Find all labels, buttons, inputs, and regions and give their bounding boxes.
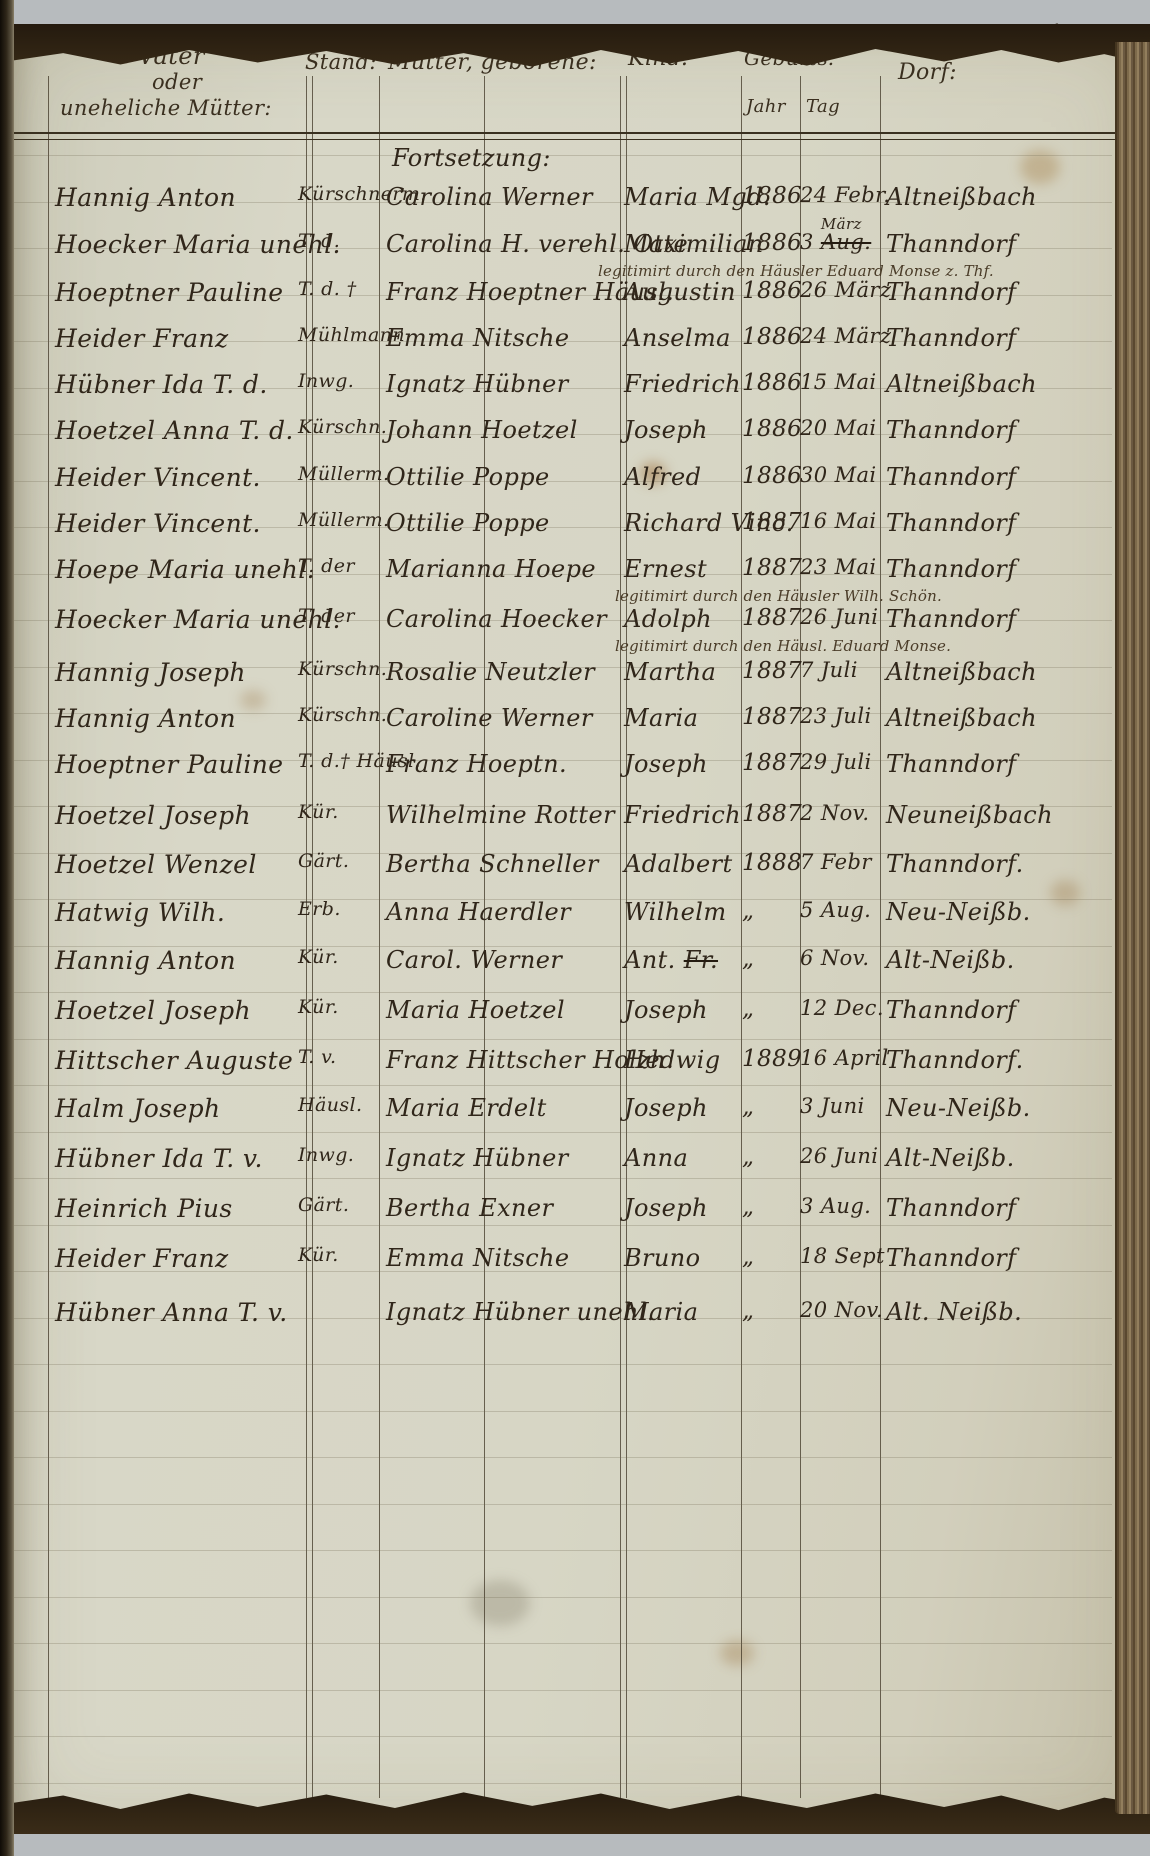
entry-village: Altneißbach xyxy=(886,185,1037,209)
book-binding xyxy=(0,0,14,1856)
entry-day: 23 Mai xyxy=(800,557,877,578)
entry-stand: Kürschn. xyxy=(298,706,387,725)
day-correction: MärzAug. xyxy=(821,232,871,253)
entry-stand: Erb. xyxy=(298,900,341,919)
entry-village: Alt-Neißb. xyxy=(886,948,1015,972)
entry-village: Thanndorf xyxy=(886,511,1016,535)
corrected-month: März xyxy=(821,217,862,232)
entry-stand: T. d. xyxy=(298,232,340,251)
struck-month: Aug. xyxy=(821,230,871,254)
entry-year: „ xyxy=(742,1300,754,1323)
scanned-register-page: Vater oder uneheliche Mütter: Stand: Mut… xyxy=(0,0,1150,1856)
ruled-line xyxy=(12,992,1112,993)
entry-day: 30 Mai xyxy=(800,465,877,486)
entry-year: „ xyxy=(742,900,754,923)
smudge-stain xyxy=(470,1580,530,1626)
entry-father: Hübner Ida T. v. xyxy=(55,1146,263,1171)
entry-year: „ xyxy=(742,1146,754,1169)
entry-year: 1887 xyxy=(742,511,802,534)
entry-day: 24 Febr. xyxy=(800,185,890,206)
entry-day: 3 MärzAug. xyxy=(800,232,871,253)
entry-child: Joseph xyxy=(624,1096,708,1120)
ruled-line xyxy=(12,1085,1112,1086)
entry-village: Thanndorf xyxy=(886,326,1016,350)
entry-year: „ xyxy=(742,1196,754,1219)
entry-mother: Bertha Schneller xyxy=(386,852,599,876)
entry-father: Hoeptner Pauline xyxy=(55,752,283,777)
entry-day: 20 Mai xyxy=(800,418,877,439)
entry-day: 2 Nov. xyxy=(800,803,870,824)
entry-mother: Ignatz Hübner xyxy=(386,1146,569,1170)
entry-stand: Müllerm. xyxy=(298,511,389,530)
entry-year: 1887 xyxy=(742,660,802,683)
entry-village: Neu-Neißb. xyxy=(886,1096,1031,1120)
header-father-line3: uneheliche Mütter: xyxy=(60,98,272,119)
entry-stand: T. der xyxy=(298,607,355,626)
entry-father: Hübner Ida T. d. xyxy=(55,372,268,397)
header-separator-line xyxy=(10,139,1116,140)
column-line xyxy=(48,76,49,1798)
entry-father: Hannig Anton xyxy=(55,185,236,210)
entry-stand: T. der xyxy=(298,557,355,576)
entry-day: 26 März xyxy=(800,280,891,301)
entry-mother: Emma Nitsche xyxy=(386,326,570,350)
header-birth-day: Tag xyxy=(806,98,840,116)
entry-village: Neuneißbach xyxy=(886,803,1053,827)
entry-child: Ant. Fr. xyxy=(624,948,718,972)
entry-village: Thanndorf xyxy=(886,1246,1016,1270)
entry-village: Thanndorf xyxy=(886,232,1016,256)
entry-day: 15 Mai xyxy=(800,372,877,393)
legitimization-annotation: legitimirt durch den Häusler Wilh. Schön… xyxy=(615,589,942,604)
entry-child: Wilhelm xyxy=(624,900,727,924)
entry-father: Hoetzel Joseph xyxy=(55,803,251,828)
entry-year: 1887 xyxy=(742,706,802,729)
entry-father: Hannig Anton xyxy=(55,706,236,731)
entry-stand: Kür. xyxy=(298,998,339,1017)
entry-stand: T. d. † xyxy=(298,280,357,299)
entry-year: 1886 xyxy=(742,326,802,349)
entry-day: 3 Aug. xyxy=(800,1196,871,1217)
entry-day: 29 Juli xyxy=(800,752,872,773)
entry-year: 1886 xyxy=(742,372,802,395)
entry-child: Friedrich xyxy=(624,372,741,396)
entry-stand: T. v. xyxy=(298,1048,336,1067)
entry-mother: Maria Hoetzel xyxy=(386,998,565,1022)
entry-year: 1886 xyxy=(742,418,802,441)
entry-year: „ xyxy=(742,948,754,971)
legitimization-annotation: legitimirt durch den Häusler Eduard Mons… xyxy=(598,264,994,279)
ruled-line xyxy=(12,1225,1112,1226)
entry-village: Thanndorf xyxy=(886,607,1016,631)
ruled-line xyxy=(12,1504,1112,1505)
entry-child: Joseph xyxy=(624,752,708,776)
entry-year: 1886 xyxy=(742,280,802,303)
entry-stand: Kürschn. xyxy=(298,660,387,679)
entry-child: Augustin xyxy=(624,280,736,304)
entry-child: Bruno xyxy=(624,1246,700,1270)
header-birth-year: Jahr xyxy=(746,98,786,116)
entry-stand: Gärt. xyxy=(298,1196,349,1215)
entry-father: Hannig Joseph xyxy=(55,660,246,685)
entry-child: Friedrich xyxy=(624,803,741,827)
entry-father: Hoetzel Joseph xyxy=(55,998,251,1023)
entry-year: 1889 xyxy=(742,1048,802,1071)
foxing-stain xyxy=(240,690,266,710)
entry-child: Joseph xyxy=(624,998,708,1022)
entry-village: Alt-Neißb. xyxy=(886,1146,1015,1170)
entry-father: Heider Franz xyxy=(55,326,229,351)
entry-mother: Marianna Hoepe xyxy=(386,557,596,581)
entry-mother: Emma Nitsche xyxy=(386,1246,570,1270)
entry-father: Hatwig Wilh. xyxy=(55,900,225,925)
entry-day: 20 Nov. xyxy=(800,1300,883,1321)
entry-father: Hoetzel Wenzel xyxy=(55,852,257,877)
entry-village: Thanndorf. xyxy=(886,1048,1024,1072)
entry-child: Anna xyxy=(624,1146,688,1170)
entry-father: Hittscher Auguste xyxy=(55,1048,293,1073)
entry-year: 1887 xyxy=(742,557,802,580)
ruled-line xyxy=(12,1364,1112,1365)
entry-mother: Carol. Werner xyxy=(386,948,562,972)
entry-child: Hedwig xyxy=(624,1048,720,1072)
entry-child: Joseph xyxy=(624,1196,708,1220)
legitimization-annotation: legitimirt durch den Häusl. Eduard Monse… xyxy=(615,639,951,654)
entry-village: Altneißbach xyxy=(886,372,1037,396)
entry-year: 1886 xyxy=(742,465,802,488)
struck-text: Fr. xyxy=(684,946,718,974)
entry-year: „ xyxy=(742,998,754,1021)
entry-village: Thanndorf xyxy=(886,998,1016,1022)
entry-child: Maria xyxy=(624,706,698,730)
entry-child: Maria xyxy=(624,1300,698,1324)
entry-child: Adolph xyxy=(624,607,712,631)
entry-stand: Kür. xyxy=(298,1246,339,1265)
ruled-line xyxy=(12,155,1112,156)
entry-day: 16 Mai xyxy=(800,511,877,532)
entry-mother: Ignatz Hübner unehl. xyxy=(386,1300,655,1324)
entry-father: Heider Franz xyxy=(55,1246,229,1271)
entry-mother: Franz Hoeptn. xyxy=(386,752,567,776)
ruled-line xyxy=(12,1643,1112,1644)
book-fore-edge xyxy=(1115,42,1150,1814)
entry-father: Heinrich Pius xyxy=(55,1196,233,1221)
entry-child: Alfred xyxy=(624,465,701,489)
entry-year: 1888 xyxy=(742,852,802,875)
entry-mother: Carolina Hoecker xyxy=(386,607,607,631)
entry-village: Altneißbach xyxy=(886,706,1037,730)
entry-child: Joseph xyxy=(624,418,708,442)
entry-year: 1887 xyxy=(742,803,802,826)
entry-year: 1886 xyxy=(742,185,802,208)
entry-year: 1887 xyxy=(742,752,802,775)
entry-village: Thanndorf. xyxy=(886,852,1024,876)
ruled-line xyxy=(12,1178,1112,1179)
ruled-line xyxy=(12,1457,1112,1458)
header-village: Dorf: xyxy=(898,62,957,84)
entry-village: Thanndorf xyxy=(886,465,1016,489)
entry-stand: Gärt. xyxy=(298,852,349,871)
entry-father: Halm Joseph xyxy=(55,1096,221,1121)
entry-mother: Ignatz Hübner xyxy=(386,372,569,396)
ruled-line xyxy=(12,1690,1112,1691)
entry-child: Ernest xyxy=(624,557,707,581)
entry-village: Neu-Neißb. xyxy=(886,900,1031,924)
entry-mother: Maria Erdelt xyxy=(386,1096,547,1120)
entry-mother: Ottilie Poppe xyxy=(386,511,550,535)
entry-village: Thanndorf xyxy=(886,557,1016,581)
entry-year: 1887 xyxy=(742,607,802,630)
entry-father: Heider Vincent. xyxy=(55,465,261,490)
entry-village: Thanndorf xyxy=(886,1196,1016,1220)
entry-child: Martha xyxy=(624,660,716,684)
ruled-line xyxy=(12,1411,1112,1412)
entry-village: Thanndorf xyxy=(886,752,1016,776)
entry-village: Thanndorf xyxy=(886,418,1016,442)
ruled-line xyxy=(12,1736,1112,1737)
entry-day: 3 Juni xyxy=(800,1096,865,1117)
entry-child: Anselma xyxy=(624,326,731,350)
entry-year: „ xyxy=(742,1246,754,1269)
header-separator-line xyxy=(10,132,1116,134)
entry-village: Alt. Neißb. xyxy=(886,1300,1022,1324)
entry-day: 5 Aug. xyxy=(800,900,871,921)
column-line xyxy=(620,76,621,1798)
entry-day: 23 Juli xyxy=(800,706,872,727)
entry-father: Hübner Anna T. v. xyxy=(55,1300,288,1325)
entry-father: Hoepe Maria unehl. xyxy=(55,557,315,582)
ruled-line xyxy=(12,1039,1112,1040)
entry-child: Adalbert xyxy=(624,852,733,876)
entry-day: 7 Febr xyxy=(800,852,872,873)
entry-day: 24 März xyxy=(800,326,891,347)
foxing-stain xyxy=(1050,880,1080,906)
entry-mother: Ottilie Poppe xyxy=(386,465,550,489)
ruled-line xyxy=(12,1783,1112,1784)
entry-village: Altneißbach xyxy=(886,660,1037,684)
entry-father: Hoeptner Pauline xyxy=(55,280,283,305)
entry-father: Hannig Anton xyxy=(55,948,236,973)
entry-village: Thanndorf xyxy=(886,280,1016,304)
entry-mother: Carolina Werner xyxy=(386,185,593,209)
entry-mother: Rosalie Neutzler xyxy=(386,660,595,684)
entry-stand: Kür. xyxy=(298,948,339,967)
ruled-line xyxy=(12,1597,1112,1598)
entry-stand: Inwg. xyxy=(298,1146,354,1165)
continuation-note: Fortsetzung: xyxy=(392,146,551,170)
entry-mother: Johann Hoetzel xyxy=(386,418,578,442)
entry-father: Hoetzel Anna T. d. xyxy=(55,418,294,443)
entry-mother: Bertha Exner xyxy=(386,1196,553,1220)
entry-day: 26 Juni xyxy=(800,1146,878,1167)
ruled-line xyxy=(12,1132,1112,1133)
entry-year: „ xyxy=(742,1096,754,1119)
entry-day: 12 Dec. xyxy=(800,998,884,1019)
ruled-line xyxy=(12,1550,1112,1551)
entry-mother: Wilhelmine Rotter xyxy=(386,803,615,827)
header-father-line2: oder xyxy=(152,72,202,93)
entry-day: 6 Nov. xyxy=(800,948,870,969)
entry-stand: Kürschn. xyxy=(298,418,387,437)
entry-day: 7 Juli xyxy=(800,660,858,681)
entry-day: 16 April xyxy=(800,1048,889,1069)
entry-year: 1886 xyxy=(742,232,802,255)
entry-stand: Müllerm. xyxy=(298,465,389,484)
entry-father: Heider Vincent. xyxy=(55,511,261,536)
entry-stand: Kür. xyxy=(298,803,339,822)
entry-day: 26 Juni xyxy=(800,607,878,628)
entry-stand: Inwg. xyxy=(298,372,354,391)
entry-day: 18 Sept xyxy=(800,1246,885,1267)
entry-mother: Anna Haerdler xyxy=(386,900,571,924)
entry-stand: Häusl. xyxy=(298,1096,362,1115)
entry-mother: Caroline Werner xyxy=(386,706,593,730)
